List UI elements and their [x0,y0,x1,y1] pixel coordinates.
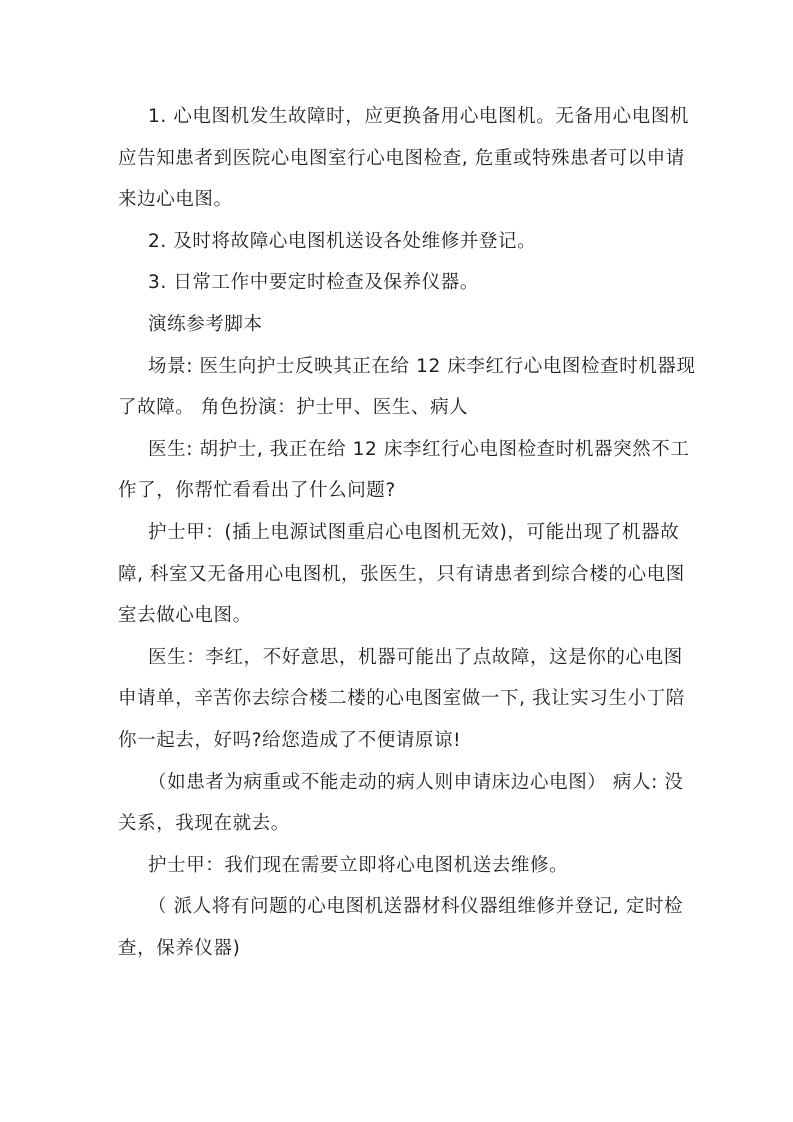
text-line: 查，保养仪器) [118,928,678,970]
text-line: 护士甲：我们现在需要立即将心电图机送去维修。 [118,845,678,887]
paragraph-patient-1: （如患者为病重或不能走动的病人则申请床边心电图） 病人: 没 关系，我现在就去。 [118,762,678,845]
paragraph-step-3: 3. 日常工作中要定时检查及保养仪器。 [118,262,678,304]
paragraph-step-2: 2. 及时将故障心电图机送设各处维修并登记。 [118,221,678,263]
paragraph-action: （ 派人将有问题的心电图机送器材科仪器组维修并登记, 定时检 查，保养仪器) [118,886,678,969]
text-line: 应告知患者到医院心电图室行心电图检查, 危重或特殊患者可以申请 [118,138,678,180]
text-line: 3. 日常工作中要定时检查及保养仪器。 [118,262,678,304]
heading-text: 演练参考脚本 [118,304,678,346]
paragraph-doctor-2: 医生：李红，不好意思，机器可能出了点故障，这是你的心电图 申请单，辛苦你去综合楼… [118,637,678,762]
text-line: 障, 科室又无备用心电图机，张医生，只有请患者到综合楼的心电图 [118,554,678,596]
document-page: 1. 心电图机发生故障时，应更换备用心电图机。无备用心电图机 应告知患者到医院心… [118,96,678,969]
section-heading-script: 演练参考脚本 [118,304,678,346]
text-line: 1. 心电图机发生故障时，应更换备用心电图机。无备用心电图机 [118,96,678,138]
paragraph-scene: 场景: 医生向护士反映其正在给 12 床李红行心电图检查时机器现 了故障。 角色… [118,346,678,429]
text-line: 场景: 医生向护士反映其正在给 12 床李红行心电图检查时机器现 [118,346,678,388]
text-line: 医生：李红，不好意思，机器可能出了点故障，这是你的心电图 [118,637,678,679]
text-line: 关系，我现在就去。 [118,803,678,845]
text-line: 护士甲：(插上电源试图重启心电图机无效)，可能出现了机器故 [118,512,678,554]
text-line: 室去做心电图。 [118,595,678,637]
text-line: 申请单，辛苦你去综合楼二楼的心电图室做一下, 我让实习生小丁陪 [118,678,678,720]
paragraph-step-1: 1. 心电图机发生故障时，应更换备用心电图机。无备用心电图机 应告知患者到医院心… [118,96,678,221]
text-line: 2. 及时将故障心电图机送设各处维修并登记。 [118,221,678,263]
text-line: 医生: 胡护士, 我正在给 12 床李红行心电图检查时机器突然不工 [118,429,678,471]
text-line: 了故障。 角色扮演：护士甲、医生、病人 [118,387,678,429]
text-line: 你一起去，好吗?给您造成了不便请原谅! [118,720,678,762]
text-line: 作了，你帮忙看看出了什么问题? [118,470,678,512]
text-line: 来边心电图。 [118,179,678,221]
paragraph-nurse-2: 护士甲：我们现在需要立即将心电图机送去维修。 [118,845,678,887]
paragraph-doctor-1: 医生: 胡护士, 我正在给 12 床李红行心电图检查时机器突然不工 作了，你帮忙… [118,429,678,512]
text-line: （如患者为病重或不能走动的病人则申请床边心电图） 病人: 没 [118,762,678,804]
text-line: （ 派人将有问题的心电图机送器材科仪器组维修并登记, 定时检 [118,886,678,928]
paragraph-nurse-1: 护士甲：(插上电源试图重启心电图机无效)，可能出现了机器故 障, 科室又无备用心… [118,512,678,637]
